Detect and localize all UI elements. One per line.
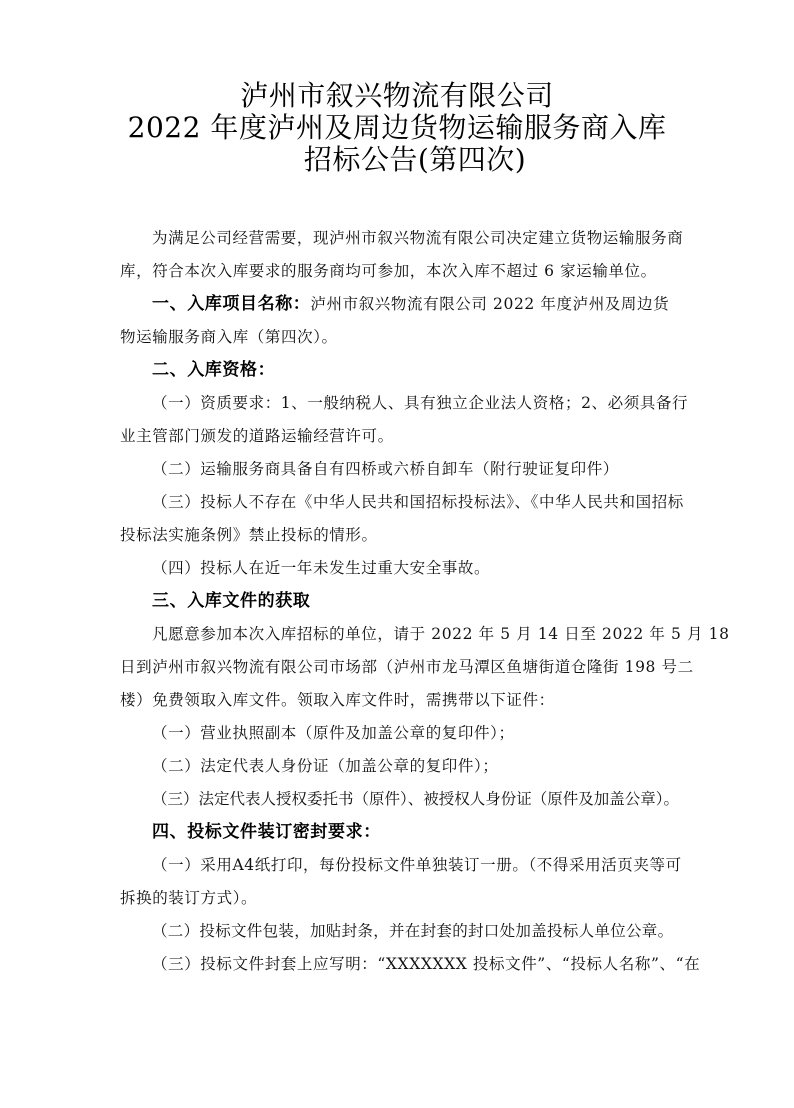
section4-heading: 四、投标文件装订密封要求： <box>120 816 678 849</box>
section2-item-3-cont: 投标法实施条例》禁止投标的情形。 <box>120 519 678 552</box>
section3-heading: 三、入库文件的获取 <box>120 585 678 618</box>
section2-heading: 二、入库资格： <box>120 354 678 387</box>
section2-item-4: （四）投标人在近一年未发生过重大安全事故。 <box>120 552 678 585</box>
section3-item-2: （二）法定代表人身份证（加盖公章的复印件）； <box>120 750 678 783</box>
document-page: 泸州市叙兴物流有限公司 2022 年度泸州及周边货物运输服务商入库 招标公告(第… <box>0 0 794 1108</box>
section4-item-1: （一）采用A4纸打印，每份投标文件单独装订一册。（不得采用活页夹等可 <box>120 849 678 882</box>
section4-item-3: （三）投标文件封套上应写明：“XXXXXXX 投标文件”、“投标人名称”、“在 <box>120 948 678 981</box>
section2-item-1: （一）资质要求：1、一般纳税人、具有独立企业法人资格；2、必须具备行 <box>120 387 678 420</box>
title-project: 2022 年度泸州及周边货物运输服务商入库 <box>0 112 794 144</box>
intro-line-2: 库，符合本次入库要求的服务商均可参加，本次入库不超过 6 家运输单位。 <box>120 255 678 288</box>
title-notice: 招标公告(第四次) <box>0 144 794 176</box>
section3-para-line-3: 楼）免费领取入库文件。领取入库文件时，需携带以下证件： <box>120 684 678 717</box>
section3-para-line-1: 凡愿意参加本次入库招标的单位，请于 2022 年 5 月 14 日至 2022 … <box>120 618 678 651</box>
section3-item-1: （一）营业执照副本（原件及加盖公章的复印件）； <box>120 717 678 750</box>
section1-line-1: 一、入库项目名称：泸州市叙兴物流有限公司 2022 年度泸州及周边货 <box>120 288 678 321</box>
section4-item-1-cont: 拆换的装订方式）。 <box>120 882 678 915</box>
section1-heading: 一、入库项目名称： <box>152 294 310 314</box>
section2-item-2: （二）运输服务商具备自有四桥或六桥自卸车（附行驶证复印件） <box>120 453 678 486</box>
section2-item-3: （三）投标人不存在《中华人民共和国招标投标法》、《中华人民共和国招标 <box>120 486 678 519</box>
document-title: 泸州市叙兴物流有限公司 2022 年度泸州及周边货物运输服务商入库 招标公告(第… <box>0 80 794 176</box>
section3-para-line-2: 日到泸州市叙兴物流有限公司市场部（泸州市龙马潭区鱼塘街道仓隆街 198 号二 <box>120 651 678 684</box>
intro-line-1: 为满足公司经营需要，现泸州市叙兴物流有限公司决定建立货物运输服务商 <box>120 222 678 255</box>
section3-item-3: （三）法定代表人授权委托书（原件）、被授权人身份证（原件及加盖公章）。 <box>120 783 678 816</box>
section2-item-1-cont: 业主管部门颁发的道路运输经营许可。 <box>120 420 678 453</box>
title-company: 泸州市叙兴物流有限公司 <box>0 80 794 112</box>
document-body: 为满足公司经营需要，现泸州市叙兴物流有限公司决定建立货物运输服务商 库，符合本次… <box>120 222 678 981</box>
section4-item-2: （二）投标文件包装，加贴封条，并在封套的封口处加盖投标人单位公章。 <box>120 915 678 948</box>
section1-line-2: 物运输服务商入库（第四次）。 <box>120 321 678 354</box>
section1-text: 泸州市叙兴物流有限公司 2022 年度泸州及周边货 <box>310 295 669 313</box>
